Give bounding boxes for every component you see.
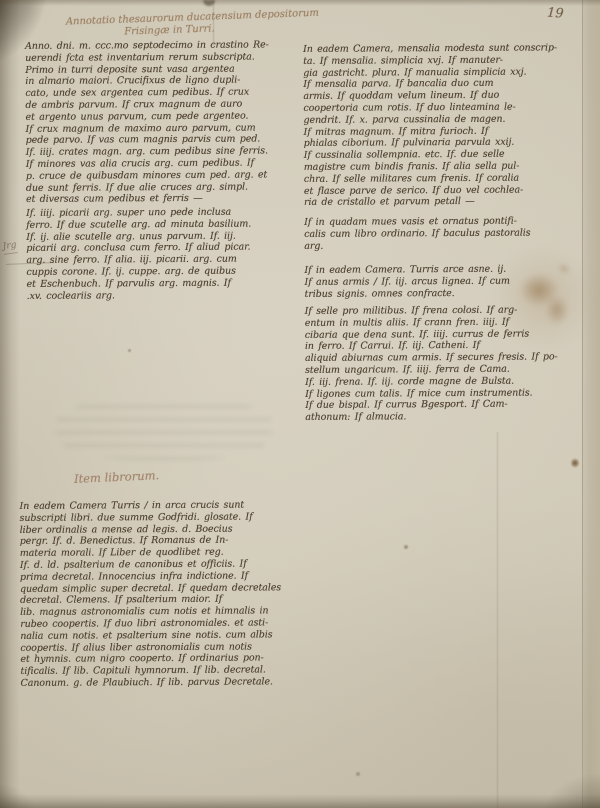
text-line: nalia cum notis. et psalterium sine noti… xyxy=(20,629,296,642)
manuscript-page: 19 Annotatio thesaurorum ducatensium dep… xyxy=(0,0,600,808)
stain-spot xyxy=(404,545,408,549)
text-line: arg. xyxy=(304,239,582,252)
text-line: In eadem Camera, mensalia modesta sunt c… xyxy=(303,42,581,55)
text-line: Anno. dni. m. ccc.mo septodecimo in cras… xyxy=(25,39,299,52)
show-through-ghost-text xyxy=(56,398,272,460)
stain-spot xyxy=(571,458,579,468)
bottom-right-corner-shadow xyxy=(490,728,600,808)
right-paragraph-3: If in eadem Camera. Turris arce asne. ij… xyxy=(304,263,582,300)
books-text-block: In eadem Camera Turris / in arca crucis … xyxy=(19,499,296,689)
text-line: Canonum. g. de Plaubiuch. If lib. parvus… xyxy=(21,676,297,689)
right-paragraph-2: If in quadam mues vasis et ornatus ponti… xyxy=(304,215,582,252)
text-line: p. cruce de quibusdam minores cum ped. a… xyxy=(26,169,300,182)
stain-spot xyxy=(356,772,360,776)
right-text-column: In eadem Camera, mensalia modesta sunt c… xyxy=(303,42,581,44)
leaf-right-edge xyxy=(582,0,600,808)
text-line: ria de cristallo et parvum petall — xyxy=(304,196,582,209)
left-paragraph-2: If. iiij. picarii arg. super uno pede in… xyxy=(26,206,301,302)
right-paragraph-4: If selle pro militibus. If frena colosi.… xyxy=(305,304,584,424)
text-line: aliquid abiurnas cum armis. If secures f… xyxy=(305,351,583,364)
books-section-heading: Item librorum. xyxy=(74,468,160,486)
folio-number: 19 xyxy=(547,5,565,21)
stain-spot xyxy=(128,349,131,352)
margin-note: Jrg xyxy=(2,240,17,255)
text-line: If. iiij. crates magn. arg. cum pedibus … xyxy=(26,145,300,158)
top-edge-shadow xyxy=(0,0,600,6)
text-line: .xv. cocleariis arg. xyxy=(27,289,301,302)
right-paragraph-1: In eadem Camera, mensalia modesta sunt c… xyxy=(303,42,582,209)
left-paragraph-1: Anno. dni. m. ccc.mo septodecimo in cras… xyxy=(25,39,300,206)
text-line: quedam simplic super decretal. If quedam… xyxy=(20,582,296,595)
text-line: athonum: If almucia. xyxy=(305,410,583,423)
bottom-left-corner-shadow xyxy=(0,748,70,808)
text-line: et diversas cum pedibus et ferris — xyxy=(26,193,300,206)
vertical-fold-crease xyxy=(497,432,498,808)
text-line: tribus signis. omnes confracte. xyxy=(304,287,582,300)
